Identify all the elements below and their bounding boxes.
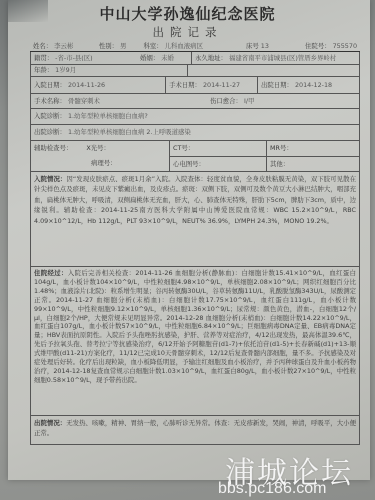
native-place-field: 籍贯：-省-市-县(区): [31, 55, 137, 61]
bed-field: 床号13: [243, 43, 302, 49]
admission-number: 755570: [333, 42, 357, 50]
watermark-url: bbs.pc186.com: [218, 480, 327, 498]
marital-field: 婚姻：未婚: [137, 55, 191, 61]
admission-diagnosis-field: 入院诊断：1.幼年型粒单核细胞白血病?: [31, 113, 151, 119]
surgery-date-field: 手术日期：2014-11-27: [165, 77, 257, 93]
discharge-diagnosis-row: 出院诊断：1.幼年型粒单核细胞白血病 2.上呼吸道感染: [31, 125, 359, 141]
ct-number-field: CT号：: [173, 145, 194, 151]
discharge-date: 2014-12-18: [295, 82, 332, 88]
patient-info-row: 姓名：李云彬 性别：男 科室：儿科血液病区 床号13 住院号：755570: [30, 41, 360, 52]
xray-number-field: X光号：: [86, 145, 110, 151]
hospital-course-section: 住院经过：入院后完善相关检查：2014-11-26 血细胞分析(静脉血)：白细胞…: [31, 267, 359, 416]
surgery-date: 2014-11-27: [203, 82, 240, 88]
department-field: 科室：儿科血液病区: [140, 43, 243, 49]
department: 儿科血液病区: [165, 42, 203, 50]
admission-status-section: 入院情况：因“发现皮肤瘀点、瘀斑1月余”入院。入院查体：轻度贫血貌，全身皮肤粘膜…: [31, 172, 359, 267]
bed-number: 13: [261, 42, 269, 50]
mr-number-field: MR号：: [270, 145, 293, 151]
admission-date: 2014-11-26: [68, 81, 105, 89]
patient-name-field: 姓名：李云彬: [30, 43, 96, 49]
surgery-name-field: 手术名称：骨髓穿刺术: [31, 98, 207, 104]
discharge-status-section: 出院情况：无发热、咳嗽，精神、胃纳一般，心肺听诊无异常。体查：无皮疹新发，哭闹，…: [31, 416, 359, 445]
hospital-course-label: 住院经过：: [34, 269, 68, 277]
admission-status-text: 因“发现皮肤瘀点、瘀斑1月余”入院。入院查体：轻度贫血貌，全身皮肤粘膜无黄染，双…: [34, 175, 356, 225]
discharge-diagnosis-field: 出院诊断：1.幼年型粒单核细胞白血病 2.上呼吸道感染: [31, 129, 194, 135]
discharge-status-text: 无发热、咳嗽，精神、胃纳一般，心肺听诊无异常。体查：无皮疹新发，哭闹，神清，呼吸…: [34, 419, 356, 437]
pathology-number-field: 病理号：: [91, 160, 117, 166]
dates-row: 入院日期：2014-11-26 手术日期：2014-11-27 出院日期：201…: [31, 77, 359, 94]
patient-sex: 男: [120, 42, 126, 50]
discharge-record-form: 姓名：李云彬 性别：男 科室：儿科血液病区 床号13 住院号：755570 籍贯…: [30, 41, 360, 445]
document-title: 出院记录: [0, 24, 375, 40]
discharge-status-label: 出院情况：: [34, 419, 66, 427]
patient-name: 李云彬: [54, 42, 73, 50]
admission-date-field: 入院日期：2014-11-26: [31, 82, 165, 88]
other-number-field: 其他：: [270, 161, 289, 167]
admission-status-label: 入院情况：: [34, 175, 66, 183]
discharge-date-field: 出院日期：2014-12-18: [257, 77, 335, 93]
record-table: 籍贯：-省-市-县(区) 婚姻：未婚 永久地址：福建省南平市浦城县(区)管厝乡界…: [30, 52, 360, 445]
address-field: 永久地址：福建省南平市浦城县(区)管厝乡界岭村: [191, 52, 339, 64]
hospital-name: 中山大学孙逸仙纪念医院: [0, 3, 375, 24]
surgery-row: 手术名称：骨髓穿刺术 伤口愈合：I/甲: [31, 94, 359, 109]
age-row: 年龄：1岁9月: [31, 65, 359, 77]
ecg-number-field: 心电图号：: [173, 161, 205, 167]
wound-healing-field: 伤口愈合：I/甲: [207, 98, 257, 104]
age-field: 年龄：1岁9月: [31, 67, 187, 73]
hospital-course-text: 入院后完善相关检查：2014-11-26 血细胞分析(静脉血)：白细胞计数15.…: [34, 269, 356, 384]
admission-number-field: 住院号：755570: [302, 43, 360, 49]
admission-diagnosis-row: 入院诊断：1.幼年型粒单核细胞白血病?: [31, 109, 359, 125]
exam-numbers-row: 辅助检查号： X光号： 病理号： CT号： 心电图号： MR号：: [31, 141, 359, 172]
patient-sex-field: 性别：男: [96, 43, 141, 49]
exam-numbers-label: 辅助检查号：: [34, 145, 72, 151]
native-address-row: 籍贯：-省-市-县(区) 婚姻：未婚 永久地址：福建省南平市浦城县(区)管厝乡界…: [31, 52, 359, 65]
